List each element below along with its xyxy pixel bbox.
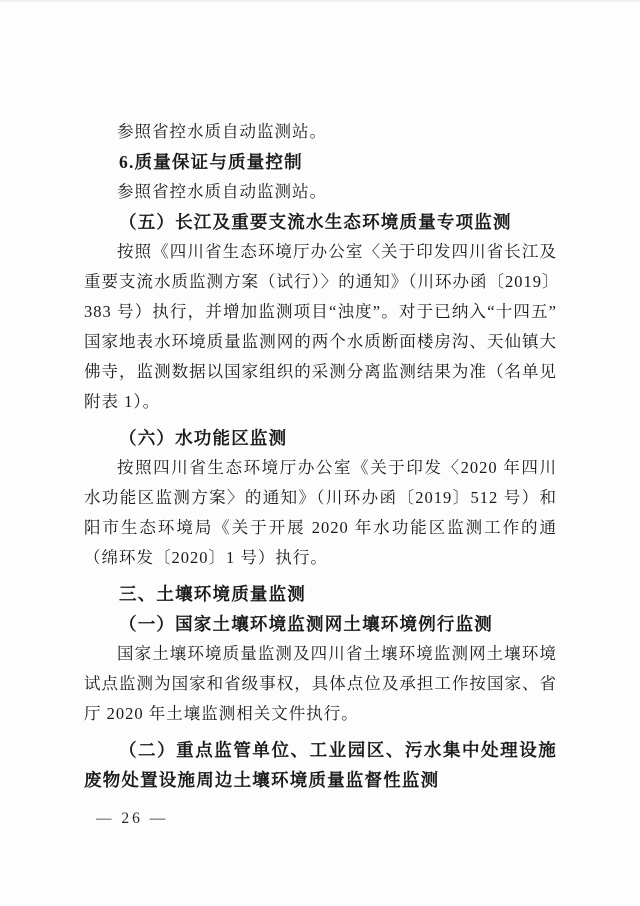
body-line: 厅 2020 年土壤监测相关文件执行。	[84, 699, 557, 729]
body-line: 383 号）执行，并增加监测项目“浊度”。对于已纳入“十四五”	[84, 297, 557, 327]
heading-line: 三、土壤环境质量监测	[84, 579, 557, 609]
body-line: 试点监测为国家和省级事权，具体点位及承担工作按国家、省	[84, 669, 557, 699]
heading-line: （一）国家土壤环境监测网土壤环境例行监测	[84, 609, 557, 639]
heading-line: （五）长江及重要支流水生态环境质量专项监测	[84, 207, 557, 237]
body-line: （绵环发〔2020〕1 号）执行。	[84, 543, 557, 573]
heading-line: 废物处置设施周边土壤环境质量监督性监测	[84, 765, 557, 795]
body-line: 佛寺，监测数据以国家组织的采测分离监测结果为准（名单见	[84, 357, 557, 387]
body-line: 附表 1）。	[84, 387, 557, 417]
body-line: 按照四川省生态环境厅办公室《关于印发〈2020 年四川省	[84, 453, 557, 483]
body-line: 参照省控水质自动监测站。	[84, 117, 557, 147]
body-line: 参照省控水质自动监测站。	[84, 177, 557, 207]
body-line: 国家土壤环境质量监测及四川省土壤环境监测网土壤环境	[84, 639, 557, 669]
body-line: 阳市生态环境局《关于开展 2020 年水功能区监测工作的通知》	[84, 513, 557, 543]
body-line: 按照《四川省生态环境厅办公室〈关于印发四川省长江及	[84, 237, 557, 267]
document-page: 参照省控水质自动监测站。 6.质量保证与质量控制 参照省控水质自动监测站。 （五…	[0, 0, 640, 906]
heading-line: （六）水功能区监测	[84, 423, 557, 453]
body-line: 国家地表水环境质量监测网的两个水质断面楼房沟、天仙镇大	[84, 327, 557, 357]
body-line: 重要支流水质监测方案（试行）〉的通知》（川环办函〔2019〕	[84, 267, 557, 297]
heading-line: 6.质量保证与质量控制	[84, 147, 557, 177]
document-text-block: 参照省控水质自动监测站。 6.质量保证与质量控制 参照省控水质自动监测站。 （五…	[84, 117, 557, 795]
page-number: — 26 —	[96, 810, 168, 828]
body-line: 水功能区监测方案〉的通知》（川环办函〔2019〕512 号）和绵	[84, 483, 557, 513]
heading-line: （二）重点监管单位、工业园区、污水集中处理设施和固体	[84, 735, 557, 765]
